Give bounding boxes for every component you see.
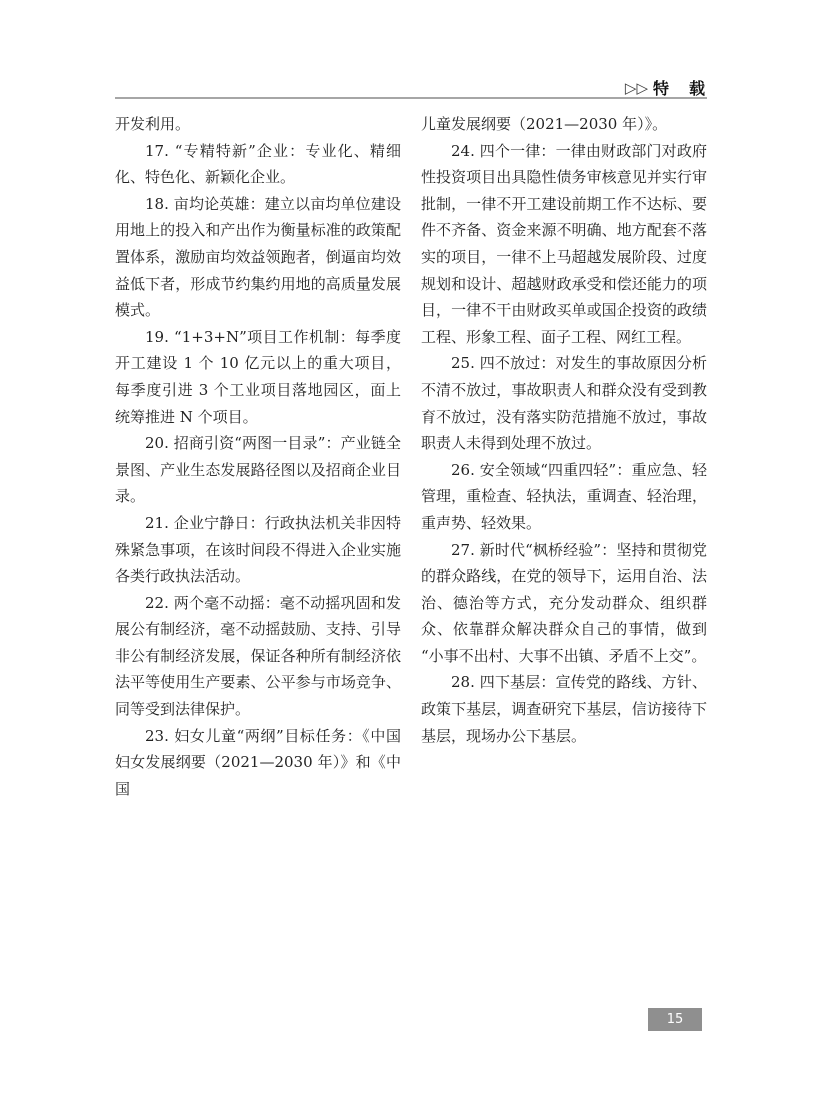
text-column-right: 儿童发展纲要（2021—2030 年）》。24. 四个一律：一律由财政部门对政府… bbox=[421, 111, 707, 802]
page-header: ▷▷特 载 bbox=[625, 76, 707, 99]
page-number: 15 bbox=[667, 1012, 684, 1027]
paragraph: 27. 新时代“枫桥经验”：坚持和贯彻党的群众路线，在党的领导下，运用自治、法治… bbox=[421, 537, 707, 670]
paragraph: 26. 安全领域“四重四轻”：重应急、轻管理，重检查、轻执法，重调查、轻治理，重… bbox=[421, 457, 707, 537]
paragraph: 23. 妇女儿童“两纲”目标任务：《中国妇女发展纲要（2021—2030 年）》… bbox=[115, 723, 401, 803]
paragraph: 21. 企业宁静日：行政执法机关非因特殊紧急事项，在该时间段不得进入企业实施各类… bbox=[115, 510, 401, 590]
paragraph: 18. 亩均论英雄：建立以亩均单位建设用地上的投入和产出作为衡量标准的政策配置体… bbox=[115, 191, 401, 324]
page-number-badge: 15 bbox=[648, 1008, 702, 1031]
header-rule bbox=[115, 97, 707, 99]
paragraph: 儿童发展纲要（2021—2030 年）》。 bbox=[421, 111, 707, 138]
paragraph: 17. “专精特新”企业：专业化、精细化、特色化、新颖化企业。 bbox=[115, 138, 401, 191]
paragraph: 20. 招商引资“两图一目录”：产业链全景图、产业生态发展路径图以及招商企业目录… bbox=[115, 430, 401, 510]
section-title: 特 载 bbox=[653, 79, 707, 98]
text-column-left: 开发利用。17. “专精特新”企业：专业化、精细化、特色化、新颖化企业。18. … bbox=[115, 111, 401, 802]
paragraph: 开发利用。 bbox=[115, 111, 401, 138]
section-marker-icon: ▷▷ bbox=[625, 79, 648, 97]
paragraph: 19. “1+3+N”项目工作机制：每季度开工建设 1 个 10 亿元以上的重大… bbox=[115, 324, 401, 430]
paragraph: 24. 四个一律：一律由财政部门对政府性投资项目出具隐性债务审核意见并实行审批制… bbox=[421, 138, 707, 351]
paragraph: 25. 四不放过：对发生的事故原因分析不清不放过，事故职责人和群众没有受到教育不… bbox=[421, 350, 707, 456]
paragraph: 22. 两个毫不动摇：毫不动摇巩固和发展公有制经济，毫不动摇鼓励、支持、引导非公… bbox=[115, 590, 401, 723]
article-body: 开发利用。17. “专精特新”企业：专业化、精细化、特色化、新颖化企业。18. … bbox=[115, 111, 707, 802]
magazine-page: ▷▷特 载 开发利用。17. “专精特新”企业：专业化、精细化、特色化、新颖化企… bbox=[0, 0, 816, 1099]
paragraph: 28. 四下基层：宣传党的路线、方针、政策下基层，调查研究下基层，信访接待下基层… bbox=[421, 669, 707, 749]
